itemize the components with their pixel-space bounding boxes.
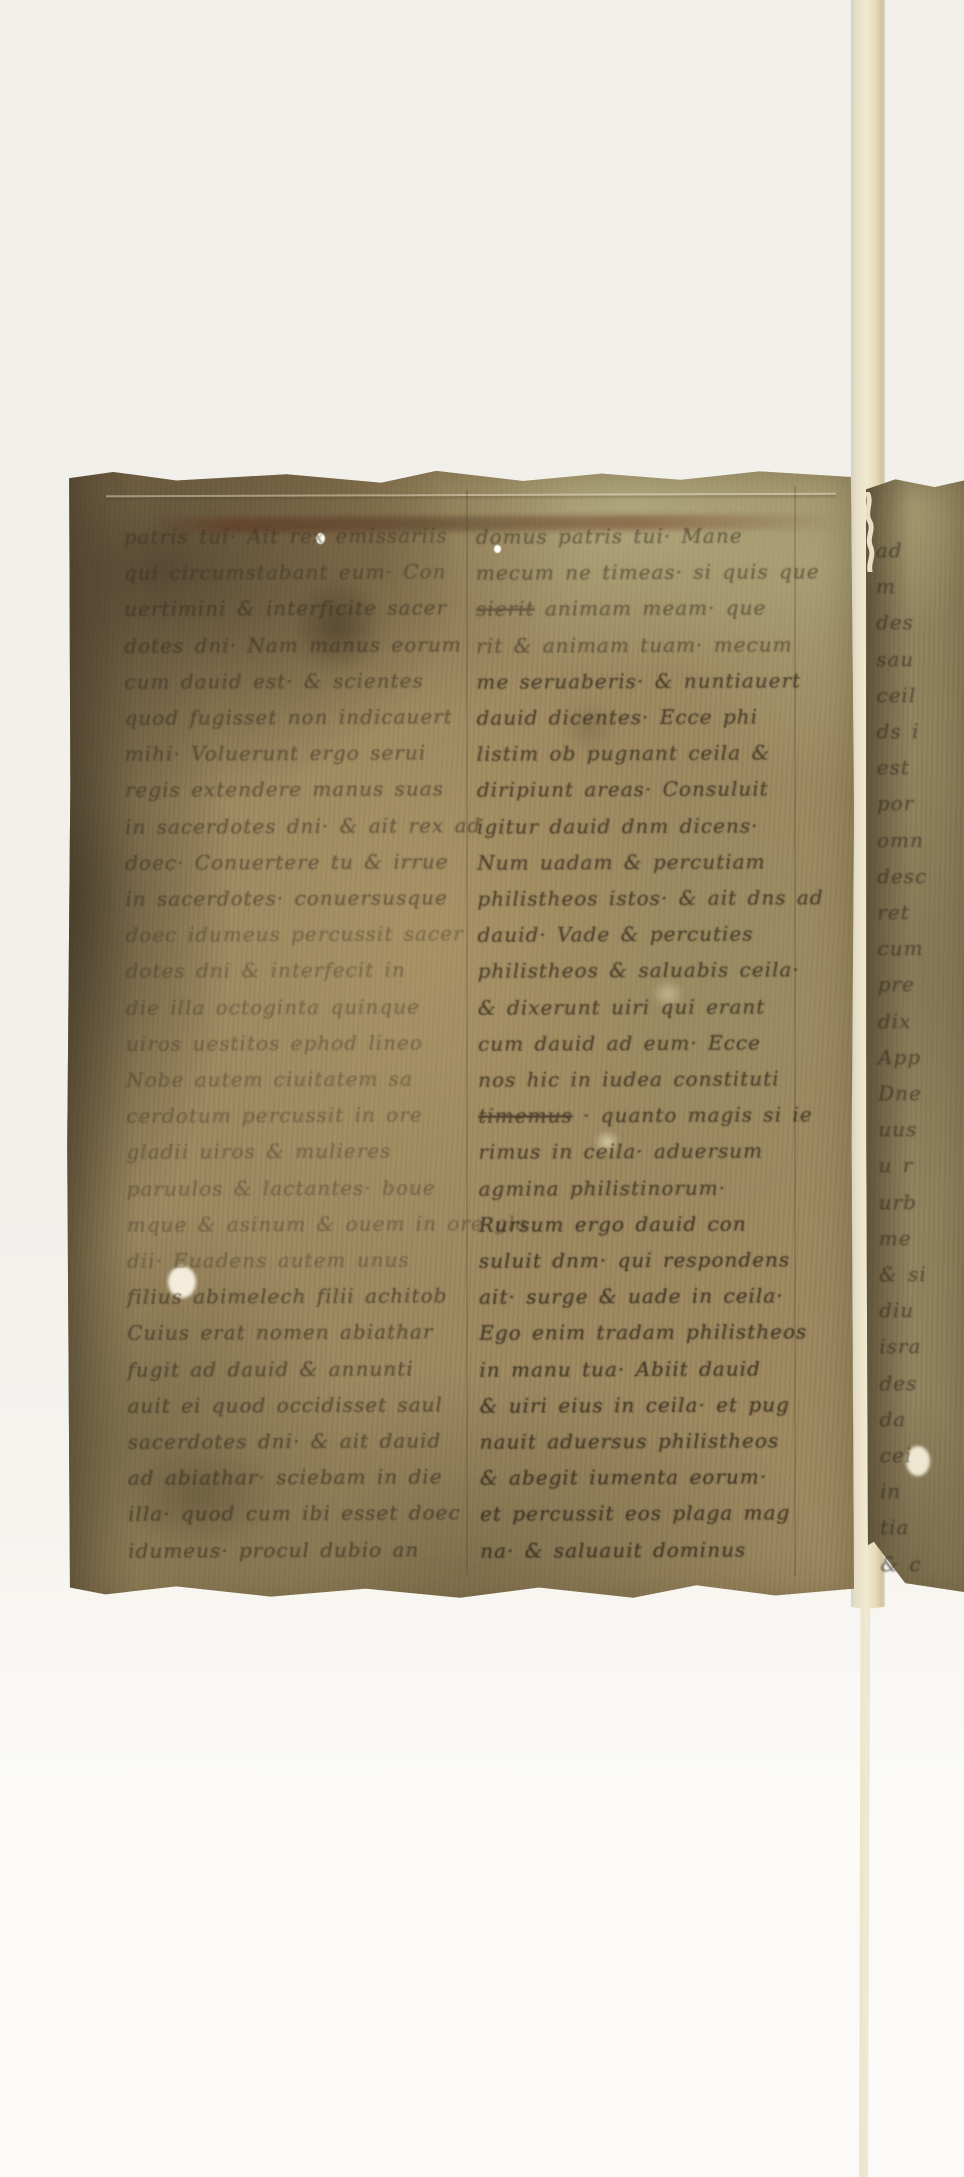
text-line: Rursum ergo dauid con xyxy=(479,1205,813,1243)
text-line: & abegit iumenta eorum· xyxy=(480,1459,814,1497)
text-line: & uiri eius in ceila· et pug xyxy=(480,1386,814,1424)
text-line: Dne xyxy=(878,1075,964,1112)
text-line: rimus in ceila· aduersum xyxy=(478,1133,812,1171)
text-line: dauid· Vade & percuties xyxy=(477,916,811,954)
text-line: ait· surge & uade in ceila· xyxy=(479,1278,813,1316)
text-line: nos hic in iudea constituti xyxy=(478,1060,812,1098)
text-line: in sacerdotes dni· & ait rex ad xyxy=(125,807,477,845)
text-line: des xyxy=(879,1364,964,1401)
text-line: pre xyxy=(878,966,964,1003)
text-line: dotes dni & interfecit in xyxy=(126,952,478,990)
text-line: Num uadam & percutiam xyxy=(477,843,811,881)
text-line: omn xyxy=(877,821,964,858)
text-line: idumeus· procul dubio an xyxy=(128,1531,480,1569)
text-line: da xyxy=(880,1401,964,1438)
text-line: dii· Euadens autem unus xyxy=(127,1241,479,1279)
text-line: dotes dni· Nam manus eorum xyxy=(124,626,476,664)
text-line: & c xyxy=(880,1545,964,1582)
text-line: doec· Conuertere tu & irrue xyxy=(125,843,477,881)
text-line: m xyxy=(876,568,964,605)
text-line: diu xyxy=(879,1292,964,1329)
text-line: desc xyxy=(877,858,964,895)
text-line: est xyxy=(877,749,964,786)
text-line: cum xyxy=(877,930,964,967)
text-line: ds i xyxy=(876,713,964,750)
text-line: tia xyxy=(880,1509,964,1546)
text-line: ceil xyxy=(876,677,964,714)
text-line: mihi· Voluerunt ergo serui xyxy=(125,734,477,772)
text-line: in xyxy=(880,1473,964,1510)
text-line: suluit dnm· qui respondens xyxy=(479,1241,813,1279)
text-line: u r xyxy=(878,1147,964,1184)
text-line: listim ob pugnant ceila & xyxy=(477,734,811,772)
text-line: & dixerunt uiri qui erant xyxy=(478,988,812,1026)
text-line: cerdotum percussit in ore xyxy=(126,1096,478,1134)
text-line: quod fugisset non indicauert xyxy=(125,698,477,736)
text-column-2: domus patris tui· Manemecum ne timeas· s… xyxy=(476,517,815,1568)
text-line: philistheos & saluabis ceila· xyxy=(478,952,812,990)
text-line: App xyxy=(878,1039,964,1076)
text-line: na· & saluauit dominus xyxy=(480,1531,814,1569)
text-line: Ego enim tradam philistheos xyxy=(479,1314,813,1352)
text-line: filius abimelech filii achitob xyxy=(127,1277,479,1315)
text-line: por xyxy=(877,785,964,822)
struck-word: timemus xyxy=(478,1104,572,1128)
text-line: Cuius erat nomen abiathar xyxy=(127,1314,479,1352)
text-line: des xyxy=(876,604,964,641)
text-line: ad abiathar· sciebam in die xyxy=(128,1459,480,1497)
text-line: fugit ad dauid & annunti xyxy=(127,1350,479,1388)
text-line: mque & asinum & ouem in ore gla xyxy=(127,1205,479,1243)
text-line: illa· quod cum ibi esset doec xyxy=(128,1495,480,1533)
text-line: patris tui· Ait rex emissariis xyxy=(124,517,476,555)
text-line: paruulos & lactantes· boue xyxy=(127,1169,479,1207)
text-column-3: admdessauceilds iestporomndescretcumpred… xyxy=(876,532,964,1582)
text-line: sacerdotes dni· & ait dauid xyxy=(128,1422,480,1460)
text-line: sau xyxy=(876,640,964,677)
text-line: timemus · quanto magis si ie xyxy=(478,1097,812,1135)
text-line: philistheos istos· & ait dns ad xyxy=(477,879,811,917)
text-line: cei xyxy=(880,1437,964,1474)
text-line: qui circumstabant eum· Con xyxy=(124,553,476,591)
text-line: dix xyxy=(878,1002,964,1039)
text-line: igitur dauid dnm dicens· xyxy=(477,807,811,845)
text-column-1: patris tui· Ait rex emissariisqui circum… xyxy=(124,517,481,1568)
struck-word: sierit xyxy=(476,597,535,621)
text-line: cum dauid ad eum· Ecce xyxy=(478,1024,812,1062)
text-line: me xyxy=(879,1220,964,1257)
text-line: diripiunt areas· Consuluit xyxy=(477,771,811,809)
text-line: et percussit eos plaga mag xyxy=(480,1495,814,1533)
text-line: & si xyxy=(879,1256,964,1293)
text-line: uertimini & interficite sacer xyxy=(124,590,476,628)
text-line: auit ei quod occidisset saul xyxy=(128,1386,480,1424)
text-line: uiros uestitos ephod lineo xyxy=(126,1024,478,1062)
text-line: nauit aduersus philistheos xyxy=(480,1422,814,1460)
text-line: rit & animam tuam· mecum xyxy=(476,626,810,664)
text-line: ret xyxy=(877,894,964,931)
text-line: me seruaberis· & nuntiauert xyxy=(476,662,810,700)
text-line: sierit animam meam· que xyxy=(476,590,810,628)
text-line: die illa octoginta quinque xyxy=(126,988,478,1026)
text-line: isra xyxy=(879,1328,964,1365)
text-line: gladii uiros & mulieres xyxy=(126,1133,478,1171)
text-line: in sacerdotes· conuersusque xyxy=(125,879,477,917)
text-line: regis extendere manus suas xyxy=(125,771,477,809)
photo-backdrop: { "manuscript": { "leaf1": { "column1": … xyxy=(0,0,964,2177)
text-line: uus xyxy=(878,1111,964,1148)
text-line: Nobe autem ciuitatem sa xyxy=(126,1060,478,1098)
text-line: mecum ne timeas· si quis que xyxy=(476,553,810,591)
text-line: dauid dicentes· Ecce phi xyxy=(477,698,811,736)
text-line: agmina philistinorum· xyxy=(479,1169,813,1207)
text-line: urb xyxy=(879,1183,964,1220)
text-line: cum dauid est· & scientes xyxy=(124,662,476,700)
text-line: ad xyxy=(876,532,964,569)
text-line: doec idumeus percussit sacer xyxy=(125,915,477,953)
text-line: domus patris tui· Mane xyxy=(476,517,810,555)
text-line: in manu tua· Abiit dauid xyxy=(479,1350,813,1388)
